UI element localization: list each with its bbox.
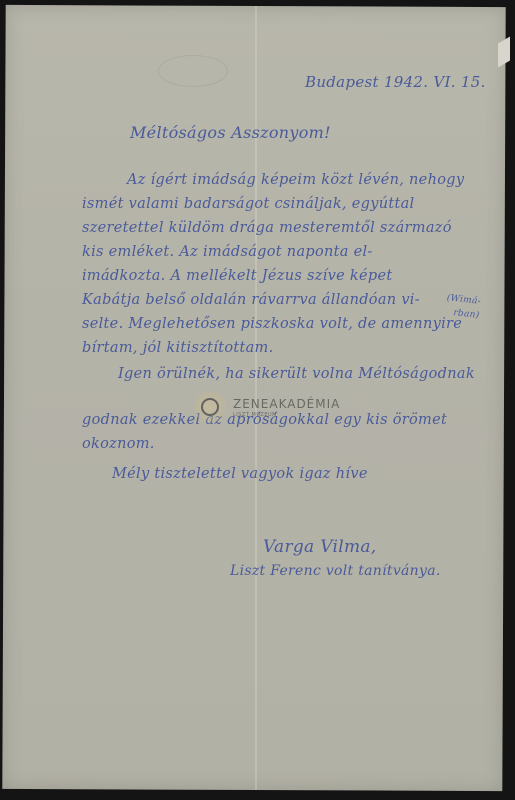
archive-watermark: ZENEAKADÉMIA LISZT MÚZEUM [193,390,340,424]
paper-corner [498,37,510,68]
zeneakademia-logo-icon [193,390,227,424]
signature-name: Varga Vilma, [263,537,377,557]
body-line: imádkozta. A mellékelt Jézus szíve képet [82,268,392,284]
signature-title: Liszt Ferenc volt tanítványa. [230,563,441,579]
body-line: Kabátja belső oldalán rávarrva állandóan… [82,292,420,308]
body-line: Igen örülnék, ha sikerült volna Méltóság… [118,366,475,382]
body-line: kis emléket. Az imádságot naponta el- [82,244,373,260]
body-line: selte. Meglehetősen piszkoska volt, de a… [82,316,462,332]
letter-salutation: Méltóságos Asszonyom! [130,123,331,142]
watermark-title: ZENEAKADÉMIA [233,397,340,411]
watermark-subtitle: LISZT MÚZEUM [233,412,340,418]
body-line: bírtam, jól kitisztítottam. [82,340,274,356]
letter-closing: Mély tisztelettel vagyok igaz híve [112,466,368,482]
body-line: szeretettel küldöm drága mesteremtől szá… [82,220,452,236]
body-line: okoznom. [82,436,155,452]
body-line: ismét valami badarságot csináljak, egyút… [82,196,414,212]
faint-stamp [158,55,228,87]
margin-note: (Wimá- rban) [445,291,482,322]
body-line: Az ígért imádság képeim közt lévén, neho… [127,172,464,188]
letter-date: Budapest 1942. VI. 15. [305,73,486,91]
